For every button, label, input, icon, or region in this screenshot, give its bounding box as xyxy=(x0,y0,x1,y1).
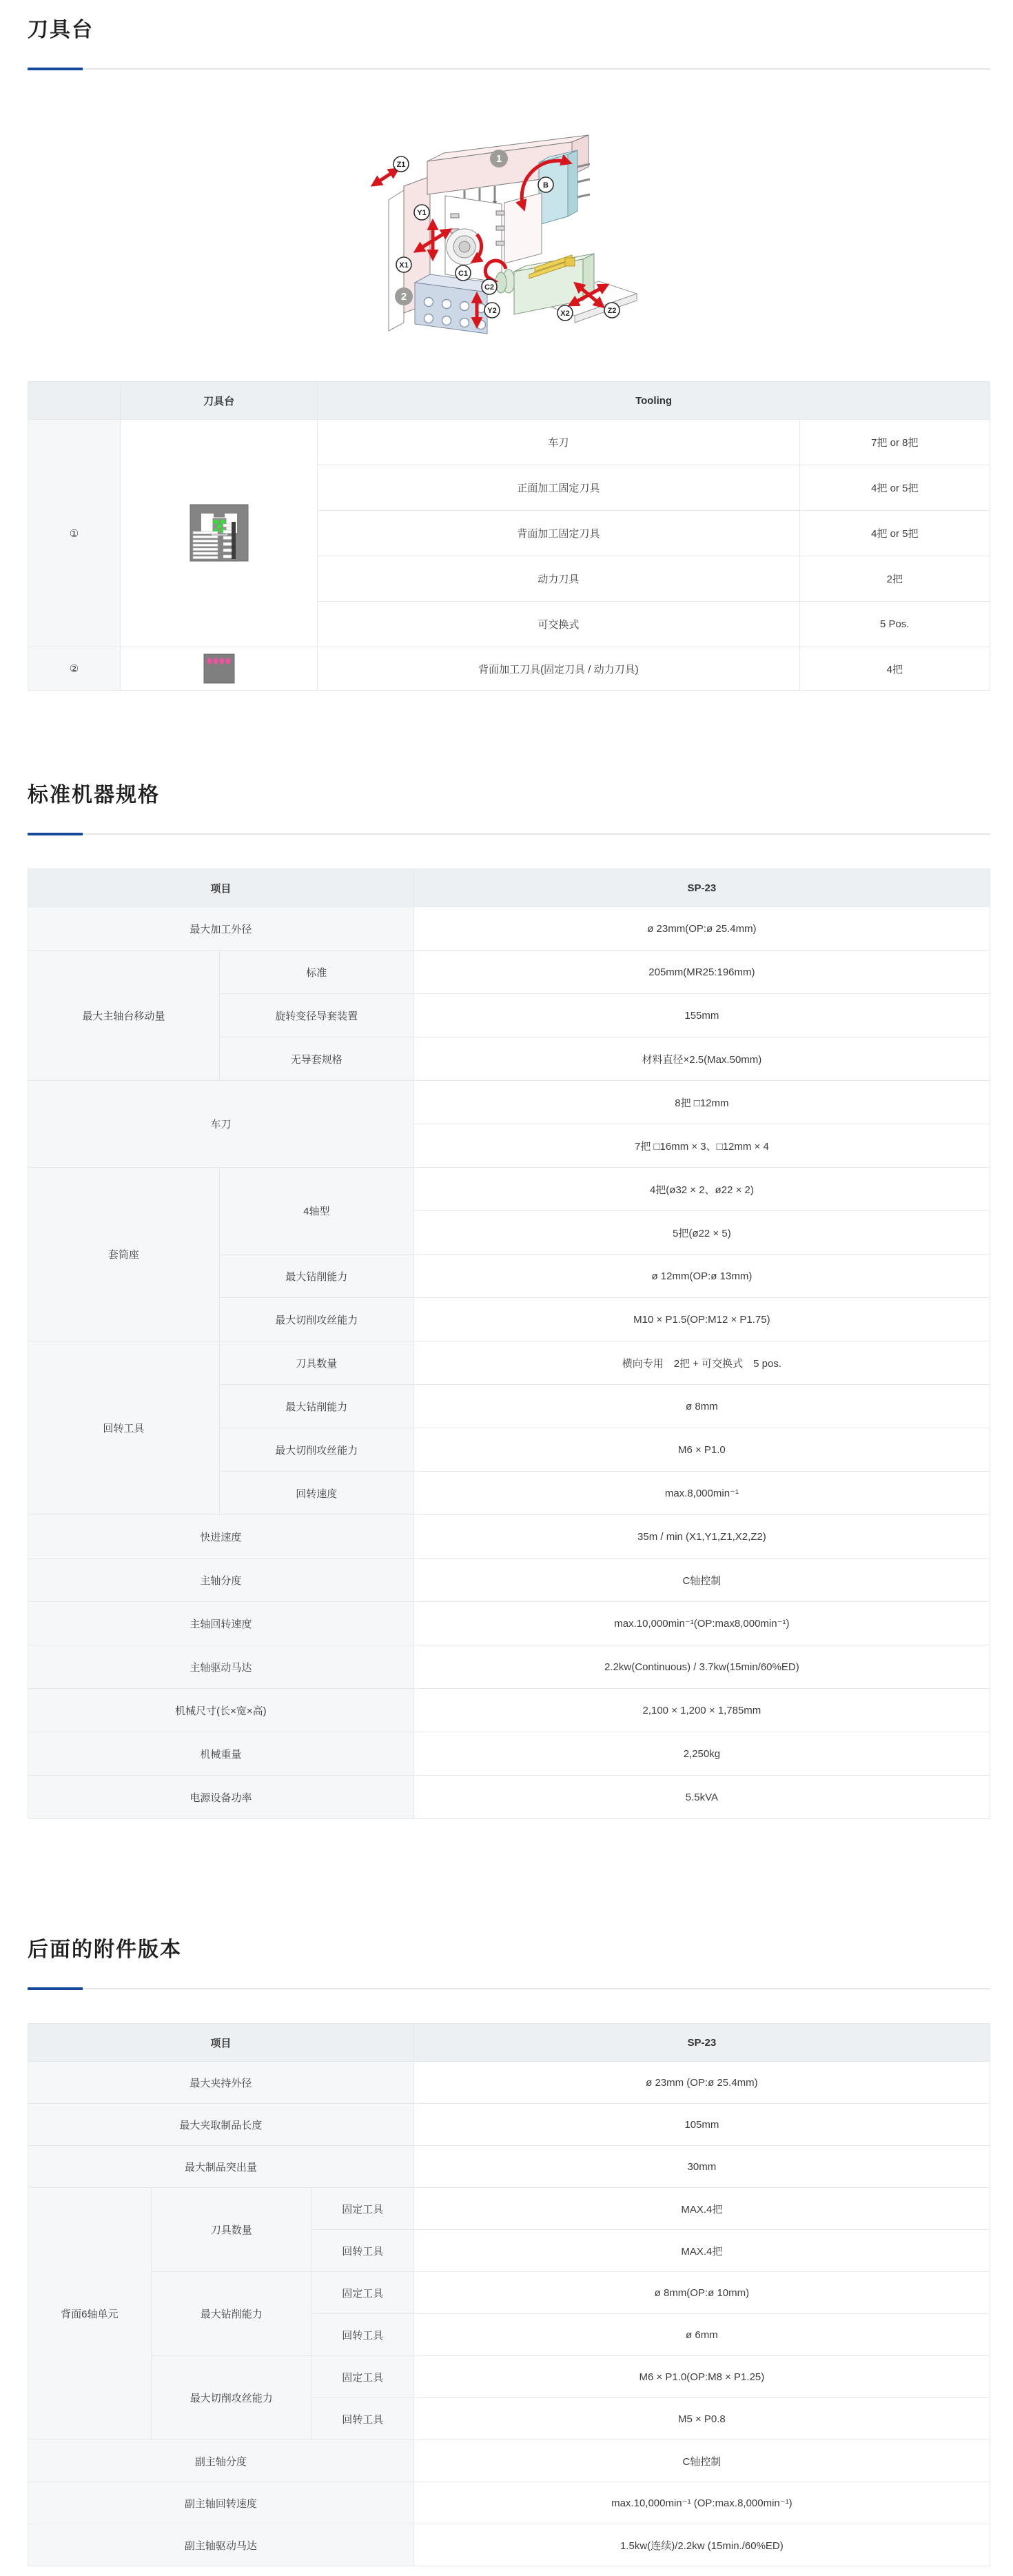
spec-value-cell: 205mm(MR25:196mm) xyxy=(413,951,990,994)
table-row: 套筒座 4轴型 4把(ø32 × 2、ø22 × 2) xyxy=(28,1168,990,1211)
table-row: 主轴驱动马达 2.2kw(Continuous) / 3.7kw(15min/6… xyxy=(28,1645,990,1689)
table-row: 最大切削攻丝能力 固定工具 M6 × P1.0(OP:M8 × P1.25) xyxy=(28,2356,990,2398)
spec-label-cell: 最大夹取制品长度 xyxy=(28,2104,414,2146)
table-row: 最大主轴台移动量 标准 205mm(MR25:196mm) xyxy=(28,951,990,994)
spec-sublabel-cell: 最大钻削能力 xyxy=(219,1385,413,1428)
svg-text:Z2: Z2 xyxy=(607,307,616,315)
c2-axis-label: C2 xyxy=(482,279,497,294)
tooling-value-cell: 7把 or 8把 xyxy=(799,420,990,465)
svg-text:X1: X1 xyxy=(399,261,408,270)
table-row: 副主轴回转速度 max.10,000min⁻¹ (OP:max.8,000min… xyxy=(28,2482,990,2524)
spec-value-cell: ø 6mm xyxy=(413,2314,990,2356)
spec-sublabel-cell: 最大切削攻丝能力 xyxy=(219,1298,413,1341)
divider-line xyxy=(28,1988,990,1989)
table-row: 机械重量 2,250kg xyxy=(28,1732,990,1776)
spec-value-cell: M5 × P0.8 xyxy=(413,2398,990,2440)
divider-accent xyxy=(28,1987,83,1990)
section-title: 标准机器规格 xyxy=(28,782,990,809)
rear-attachment-table: 项目 SP-23 最大夹持外径 ø 23mm (OP:ø 25.4mm) 最大夹… xyxy=(28,2023,990,2566)
spec-group-cell: 回转工具 xyxy=(28,1341,220,1515)
spec-label-cell: 副主轴回转速度 xyxy=(28,2482,414,2524)
tooling-value-cell: 4把 or 5把 xyxy=(799,511,990,556)
spec-group-cell: 背面6轴单元 xyxy=(28,2188,152,2440)
spec-label-cell: 主轴回转速度 xyxy=(28,1602,414,1645)
section-divider xyxy=(28,68,990,70)
spec-value-cell: C轴控制 xyxy=(413,2440,990,2482)
spec-value-cell: ø 12mm(OP:ø 13mm) xyxy=(413,1255,990,1298)
spec-value-cell: 2.2kw(Continuous) / 3.7kw(15min/60%ED) xyxy=(413,1645,990,1689)
toolpost-thumbnail-icon xyxy=(186,503,252,565)
spec-label-cell: 最大加工外径 xyxy=(28,907,414,951)
tooling-label-cell: 背面加工固定刀具 xyxy=(318,511,799,556)
group1-number-cell: ① xyxy=(28,420,121,647)
table-row: 主轴回转速度 max.10,000min⁻¹(OP:max8,000min⁻¹) xyxy=(28,1602,990,1645)
table-row: ② 背面加工刀具(固定刀具 / 动力刀具) xyxy=(28,647,990,691)
spec-label-cell: 副主轴分度 xyxy=(28,2440,414,2482)
svg-text:C1: C1 xyxy=(458,270,467,278)
c1-axis-label: C1 xyxy=(456,265,471,281)
tooling-label-cell: 车刀 xyxy=(318,420,799,465)
tooling-label-cell: 背面加工刀具(固定刀具 / 动力刀具) xyxy=(318,647,799,691)
badge-2-icon: 2 xyxy=(395,287,413,305)
bar-stock-tip xyxy=(565,258,575,266)
spec-value-cell: C轴控制 xyxy=(413,1559,990,1602)
spec-sublabel-cell: 刀具数量 xyxy=(219,1341,413,1385)
toolpost-diagram-wrap: 1 2 Z1 B Y1 xyxy=(361,119,657,356)
svg-text:X2: X2 xyxy=(560,310,569,318)
spec-sublabel-cell: 旋转变径导套装置 xyxy=(219,994,413,1037)
spec-label-cell: 主轴分度 xyxy=(28,1559,414,1602)
table-row: 副主轴驱动马达 1.5kw(连续)/2.2kw (15min./60%ED) xyxy=(28,2524,990,2566)
tooling-value-cell: 4把 xyxy=(799,647,990,691)
spec-value-cell: ø 23mm (OP:ø 25.4mm) xyxy=(413,2062,990,2104)
table-row: 主轴分度 C轴控制 xyxy=(28,1559,990,1602)
b-axis-label: B xyxy=(538,177,553,192)
z1-axis-label: Z1 xyxy=(393,156,409,172)
spec-value-cell: 2,100 × 1,200 × 1,785mm xyxy=(413,1689,990,1732)
tooling-table-header-row: 刀具台 Tooling xyxy=(28,382,990,420)
spec-value-cell: MAX.4把 xyxy=(413,2188,990,2230)
spec-value-cell: 30mm xyxy=(413,2146,990,2188)
spec-value-cell: MAX.4把 xyxy=(413,2230,990,2272)
spec-value-cell: max.10,000min⁻¹ (OP:max.8,000min⁻¹) xyxy=(413,2482,990,2524)
table-row: 最大制品突出量 30mm xyxy=(28,2146,990,2188)
table-row: 背面6轴单元 刀具数量 固定工具 MAX.4把 xyxy=(28,2188,990,2230)
spec-value-cell: 5把(ø22 × 5) xyxy=(413,1211,990,1255)
table-row: 最大加工外径 ø 23mm(OP:ø 25.4mm) xyxy=(28,907,990,951)
tooling-header-empty-cell xyxy=(28,382,121,420)
svg-text:1: 1 xyxy=(495,153,501,165)
spec-header-item-cell: 项目 xyxy=(28,869,414,907)
spec-label-cell: 快进速度 xyxy=(28,1515,414,1559)
svg-text:2: 2 xyxy=(400,291,406,303)
spec-header-model-cell: SP-23 xyxy=(413,2024,990,2062)
spec-value-cell: M6 × P1.0(OP:M8 × P1.25) xyxy=(413,2356,990,2398)
spec-sublabel-cell: 最大切削攻丝能力 xyxy=(151,2356,311,2440)
spec-sublabel-cell: 标准 xyxy=(219,951,413,994)
spec-value-cell: 7把 □16mm × 3、□12mm × 4 xyxy=(413,1124,990,1168)
tooling-value-cell: 4把 or 5把 xyxy=(799,465,990,511)
divider-accent xyxy=(28,68,83,70)
table-row: 最大夹持外径 ø 23mm (OP:ø 25.4mm) xyxy=(28,2062,990,2104)
svg-text:B: B xyxy=(543,181,549,190)
spec-value-cell: M10 × P1.5(OP:M12 × P1.75) xyxy=(413,1298,990,1341)
spec-sublabel-cell: 最大钻削能力 xyxy=(151,2272,311,2356)
table-row: 最大夹取制品长度 105mm xyxy=(28,2104,990,2146)
toolpost-image-cell xyxy=(121,420,318,647)
spec-value-cell: ø 23mm(OP:ø 25.4mm) xyxy=(413,907,990,951)
spec-value-cell: 材料直径×2.5(Max.50mm) xyxy=(413,1037,990,1081)
group2-number-cell: ② xyxy=(28,647,121,691)
table-row: 机械尺寸(长×宽×高) 2,100 × 1,200 × 1,785mm xyxy=(28,1689,990,1732)
spec-value-cell: 2,250kg xyxy=(413,1732,990,1776)
spec-group-cell: 最大主轴台移动量 xyxy=(28,951,220,1081)
spindle-core xyxy=(459,241,470,252)
spec-subsublabel-cell: 固定工具 xyxy=(311,2272,413,2314)
spec-sublabel-cell: 刀具数量 xyxy=(151,2188,311,2272)
table-row: 副主轴分度 C轴控制 xyxy=(28,2440,990,2482)
tooling-label-cell: 正面加工固定刀具 xyxy=(318,465,799,511)
spec-value-cell: 横向专用 2把 + 可交换式 5 pos. xyxy=(413,1341,990,1385)
section-divider xyxy=(28,833,990,835)
tooling-value-cell: 5 Pos. xyxy=(799,602,990,647)
spec-table-header-row: 项目 SP-23 xyxy=(28,869,990,907)
tooling-table: 刀具台 Tooling ① xyxy=(28,381,990,691)
spec-sublabel-cell: 无导套规格 xyxy=(219,1037,413,1081)
z1-axis-arrow xyxy=(374,170,397,185)
section-toolpost: 刀具台 xyxy=(28,17,990,691)
tooling-value-cell: 2把 xyxy=(799,556,990,602)
tooling-label-cell: 可交换式 xyxy=(318,602,799,647)
table-row: ① xyxy=(28,420,990,465)
page-title: 刀具台 xyxy=(28,17,990,44)
divider-line xyxy=(28,68,990,70)
spec-header-model-cell: SP-23 xyxy=(413,869,990,907)
spec-value-cell: ø 8mm xyxy=(413,1385,990,1428)
section-rear-attachment: 后面的附件版本 项目 SP-23 最大夹持外径 ø 23mm (OP:ø 25.… xyxy=(28,1936,990,2566)
svg-text:C2: C2 xyxy=(484,283,493,292)
z2-axis-label: Z2 xyxy=(604,303,620,318)
spec-header-item-cell: 项目 xyxy=(28,2024,414,2062)
table-row: 最大钻削能力 固定工具 ø 8mm(OP:ø 10mm) xyxy=(28,2272,990,2314)
spec-sublabel-cell: 4轴型 xyxy=(219,1168,413,1255)
badge-1-icon: 1 xyxy=(490,150,508,168)
section-standard-specs: 标准机器规格 项目 SP-23 最大加工外径 ø 23mm(OP:ø 25.4m… xyxy=(28,782,990,1819)
standard-spec-table: 项目 SP-23 最大加工外径 ø 23mm(OP:ø 25.4mm) 最大主轴… xyxy=(28,869,990,1819)
y1-axis-label: Y1 xyxy=(414,205,429,220)
spec-value-cell: ø 8mm(OP:ø 10mm) xyxy=(413,2272,990,2314)
spec-subsublabel-cell: 固定工具 xyxy=(311,2356,413,2398)
table-row: 快进速度 35m / min (X1,Y1,Z1,X2,Z2) xyxy=(28,1515,990,1559)
spec-table-header-row: 项目 SP-23 xyxy=(28,2024,990,2062)
spec-value-cell: 5.5kVA xyxy=(413,1776,990,1819)
spec-sublabel-cell: 回转速度 xyxy=(219,1472,413,1515)
spec-page: 刀具台 xyxy=(0,0,1013,2576)
spec-label-cell: 最大制品突出量 xyxy=(28,2146,414,2188)
spec-value-cell: max.8,000min⁻¹ xyxy=(413,1472,990,1515)
spec-value-cell: 1.5kw(连续)/2.2kw (15min./60%ED) xyxy=(413,2524,990,2566)
spec-label-cell: 主轴驱动马达 xyxy=(28,1645,414,1689)
spec-label-cell: 电源设备功率 xyxy=(28,1776,414,1819)
section-divider xyxy=(28,1987,990,1990)
spec-value-cell: 4把(ø32 × 2、ø22 × 2) xyxy=(413,1168,990,1211)
svg-text:Y2: Y2 xyxy=(487,307,496,315)
spec-group-cell: 车刀 xyxy=(28,1081,414,1168)
spec-group-cell: 套筒座 xyxy=(28,1168,220,1341)
spec-label-cell: 机械重量 xyxy=(28,1732,414,1776)
rear-toolpost-thumbnail-icon xyxy=(203,653,236,684)
spec-subsublabel-cell: 回转工具 xyxy=(311,2398,413,2440)
spec-value-cell: 155mm xyxy=(413,994,990,1037)
spec-subsublabel-cell: 回转工具 xyxy=(311,2230,413,2272)
rear-toolpost-image-cell xyxy=(121,647,318,691)
table-row: 回转工具 刀具数量 横向专用 2把 + 可交换式 5 pos. xyxy=(28,1341,990,1385)
spec-subsublabel-cell: 固定工具 xyxy=(311,2188,413,2230)
x1-axis-label: X1 xyxy=(396,257,411,272)
spec-value-cell: 35m / min (X1,Y1,Z1,X2,Z2) xyxy=(413,1515,990,1559)
table-row: 电源设备功率 5.5kVA xyxy=(28,1776,990,1819)
spec-value-cell: 105mm xyxy=(413,2104,990,2146)
spec-value-cell: max.10,000min⁻¹(OP:max8,000min⁻¹) xyxy=(413,1602,990,1645)
tooling-header-toolpost-cell: 刀具台 xyxy=(121,382,318,420)
y2-axis-label: Y2 xyxy=(484,303,500,318)
spec-label-cell: 机械尺寸(长×宽×高) xyxy=(28,1689,414,1732)
motor-nose xyxy=(495,272,506,293)
svg-text:Y1: Y1 xyxy=(417,209,426,217)
table-row: 车刀 8把 □12mm xyxy=(28,1081,990,1124)
svg-text:Z1: Z1 xyxy=(396,161,405,169)
spec-subsublabel-cell: 回转工具 xyxy=(311,2314,413,2356)
spec-sublabel-cell: 最大切削攻丝能力 xyxy=(219,1428,413,1472)
toolpost-axes-diagram: 1 2 Z1 B Y1 xyxy=(361,119,657,353)
divider-line xyxy=(28,833,990,835)
spec-label-cell: 最大夹持外径 xyxy=(28,2062,414,2104)
tooling-label-cell: 动力刀具 xyxy=(318,556,799,602)
x2-axis-label: X2 xyxy=(557,305,573,321)
tooling-header-tooling-cell: Tooling xyxy=(318,382,990,420)
spec-sublabel-cell: 最大钻削能力 xyxy=(219,1255,413,1298)
spec-value-cell: 8把 □12mm xyxy=(413,1081,990,1124)
divider-accent xyxy=(28,833,83,835)
spec-label-cell: 副主轴驱动马达 xyxy=(28,2524,414,2566)
teal-block-side xyxy=(568,150,577,216)
section-title: 后面的附件版本 xyxy=(28,1936,990,1964)
spec-value-cell: M6 × P1.0 xyxy=(413,1428,990,1472)
